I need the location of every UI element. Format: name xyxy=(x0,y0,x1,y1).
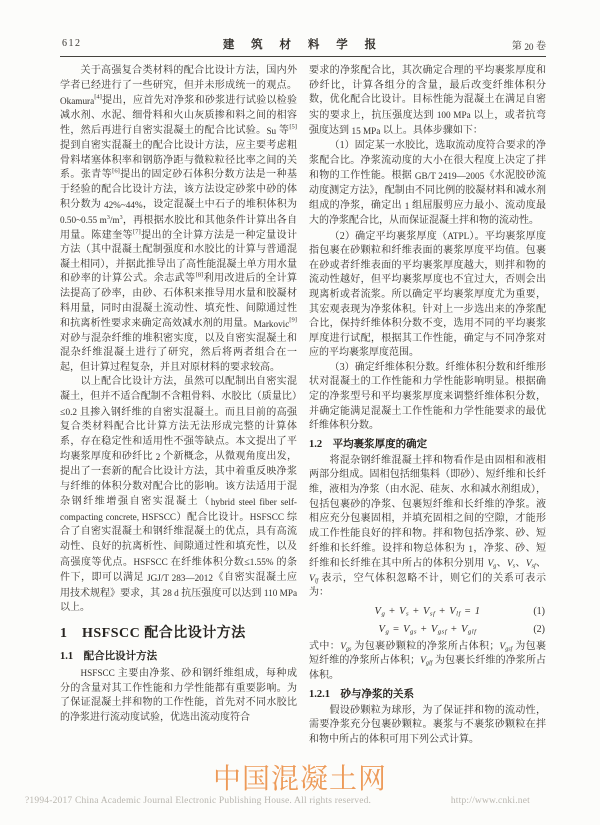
article-body: 关于高强复合类材料的配合比设计方法，国内外学者已经进行了一些研究，但并未形成统一… xyxy=(60,64,546,766)
watermark: 中国混凝土网 xyxy=(0,757,600,797)
section-heading: 1.2 平均裹浆厚度的确定 xyxy=(309,437,546,452)
paragraph: 将混杂钢纤维混凝土拌和物看作是由固相和液相两部分组成。固相包括细集料（即砂）、短… xyxy=(309,454,546,601)
paragraph: 式中：Vgs 为包裹砂颗粒的净浆所占体积；Vgsf 为包裹短纤维的净浆所占体积；… xyxy=(309,640,546,684)
equation: Vg = Vgs + Vgsf + Vglf(2) xyxy=(309,622,546,637)
equation: Vg + Vs + Vsf + Vlf = 1(1) xyxy=(309,604,546,619)
equation-number: (2) xyxy=(533,622,545,637)
section-heading: 1.2.1 砂与净浆的关系 xyxy=(309,687,546,702)
paragraph: （1）固定某一水胶比，选取流动度符合要求的净浆配合比。净浆流动度的大小在很大程度… xyxy=(309,139,546,229)
paragraph: 以上配合比设计方法，虽然可以配制出自密实混凝土，但并不适合配制不含粗骨料、水胶比… xyxy=(60,375,297,616)
journal-page: 612 建 筑 材 料 学 报 第 20 卷 关于高强复合类材料的配合比设计方法… xyxy=(0,0,600,825)
footer-url: http://www.cnki.net xyxy=(451,796,530,806)
page-header: 612 建 筑 材 料 学 报 第 20 卷 xyxy=(60,36,546,51)
page-footer: ?1994-2017 China Academic Journal Electr… xyxy=(25,796,530,806)
paragraph: 关于高强复合类材料的配合比设计方法，国内外学者已经进行了一些研究，但并未形成统一… xyxy=(60,64,297,375)
equation-expression: Vg + Vs + Vsf + Vlf = 1 xyxy=(375,606,481,617)
paragraph: （2）确定平均裹浆厚度（ATPL）。平均裹浆厚度指包裹在砂颗粒和纤维表面的裹浆厚… xyxy=(309,229,546,361)
section-heading: 1 HSFSCC 配合比设计方法 xyxy=(60,625,297,643)
copyright-text: ?1994-2017 China Academic Journal Electr… xyxy=(25,796,371,806)
right-column: 要求的净浆配合比，其次确定合理的平均裹浆厚度和砂纤比，计算各组分的含量，最后改变… xyxy=(309,64,546,766)
header-rule xyxy=(60,56,546,57)
paragraph: HSFSCC 主要由净浆、砂和钢纤维组成，每种成分的含量对其工作性能和力学性能都… xyxy=(60,666,297,725)
paragraph: 假设砂颗粒为球形，为了保证拌和物的流动性，需要净浆充分包裹砂颗粒。裹浆与不裹浆砂… xyxy=(309,704,546,748)
section-heading: 1.1 配合比设计方法 xyxy=(60,649,297,664)
paragraph: （3）确定纤维体积分数。纤维体积分数和纤维形状对混凝土的工作性能和力学性能影响明… xyxy=(309,361,546,434)
equation-expression: Vg = Vgs + Vgsf + Vglf xyxy=(379,624,477,635)
equation-number: (1) xyxy=(533,604,545,619)
journal-title: 建 筑 材 料 学 报 xyxy=(60,36,546,52)
volume-number: 第 20 卷 xyxy=(512,37,546,52)
paragraph: 要求的净浆配合比，其次确定合理的平均裹浆厚度和砂纤比，计算各组分的含量，最后改变… xyxy=(309,64,546,139)
left-column: 关于高强复合类材料的配合比设计方法，国内外学者已经进行了一些研究，但并未形成统一… xyxy=(60,64,297,766)
